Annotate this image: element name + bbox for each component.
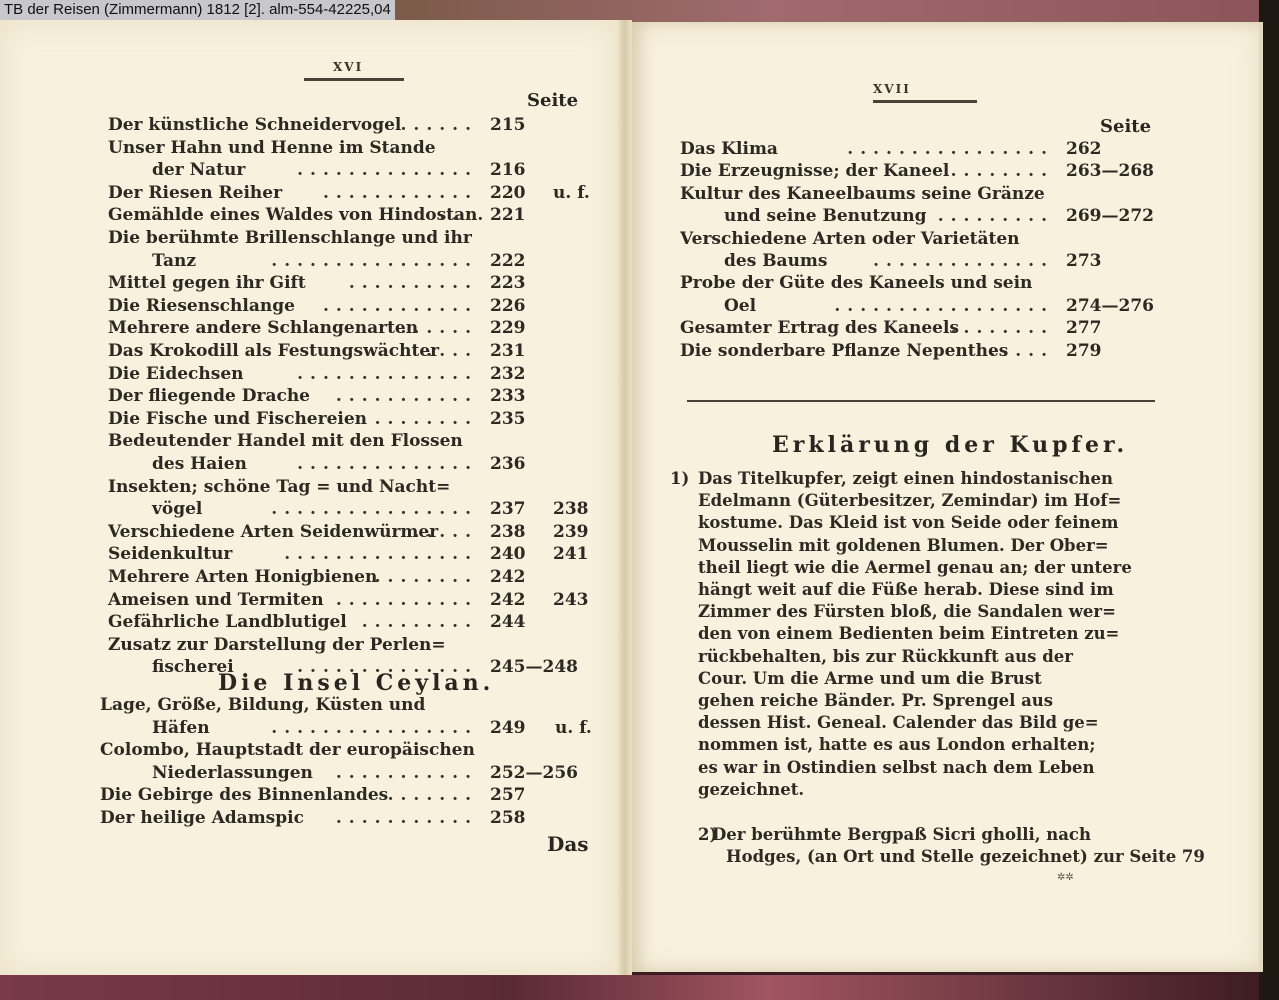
leader-dots: ....... xyxy=(388,784,478,806)
left-page: XVI Seite Der künstliche Schneidervogel.… xyxy=(0,20,618,975)
toc-entry-title: Kultur des Kaneelbaums seine Gränze xyxy=(680,183,1045,205)
leader-dots: ............ xyxy=(323,182,478,204)
toc-entry-page: 233 xyxy=(490,385,526,407)
toc-entry-title: Mehrere andere Schlangenarten xyxy=(108,317,418,339)
toc-entry-page: 258 xyxy=(490,807,526,829)
image-caption: TB der Reisen (Zimmermann) 1812 [2]. alm… xyxy=(0,0,395,20)
plate-number: 1) xyxy=(670,468,689,490)
leader-dots: ................ xyxy=(271,717,478,739)
toc-entry: Verschiedene Arten Seidenwürmer.....2382… xyxy=(108,521,608,543)
section-divider xyxy=(687,400,1155,402)
leader-dots: ..... xyxy=(989,340,1054,362)
plate-text-line: Das Titelkupfer, zeigt einen hindostanis… xyxy=(698,468,1123,490)
toc-entry-page-end: 243 xyxy=(553,589,589,611)
plate-text-line: Der berühmte Bergpaß Sicri gholli, nach xyxy=(712,824,1172,846)
toc-entry: Die Erzeugnisse; der Kaneel........263—2… xyxy=(680,160,1180,182)
page-number-left: XVI xyxy=(333,60,363,74)
toc-entry: Gefährliche Landblutigel.........244 xyxy=(108,611,608,633)
plate-text-line: nommen ist, hatte es aus London erhalten… xyxy=(698,734,1123,756)
toc-entry: Insekten; schöne Tag = und Nacht= xyxy=(108,476,608,498)
toc-entry-page: 216 xyxy=(490,159,526,181)
background-binding-bottom xyxy=(0,975,1279,1000)
toc-entry: Das Klima................262 xyxy=(680,138,1180,160)
toc-entry: Die Fische und Fischereien........235 xyxy=(108,408,608,430)
toc-entry-page: 262 xyxy=(1066,138,1102,160)
toc-entry-title: Der Riesen Reiher xyxy=(108,182,282,204)
toc-entry: Ameisen und Termiten...........242243 xyxy=(108,589,608,611)
plate-text-line: kostume. Das Kleid ist von Seide oder fe… xyxy=(698,512,1123,534)
leader-dots: .............. xyxy=(297,159,478,181)
toc-entry-title: Ameisen und Termiten xyxy=(108,589,324,611)
leader-dots: ...... xyxy=(400,114,478,136)
toc-entry: Das Krokodill als Festungswächter....231 xyxy=(108,340,608,362)
page-number-rule xyxy=(873,100,977,103)
toc-entry: Gesamter Ertrag des Kaneels........277 xyxy=(680,317,1180,339)
toc-entry: Probe der Güte des Kaneels und sein xyxy=(680,272,1180,294)
toc-entry-title: des Haien xyxy=(152,453,247,475)
toc-entry-title: Niederlassungen xyxy=(152,762,313,784)
toc-entry-page: 222 xyxy=(490,250,526,272)
toc-entry-title: vögel xyxy=(152,498,202,520)
leader-dots: ........ xyxy=(375,566,478,588)
toc-entry-title: Verschiedene Arten Seidenwürmer xyxy=(108,521,438,543)
toc-entry: Oel.................274—276 xyxy=(680,295,1180,317)
toc-entry-title: Der fliegende Drache xyxy=(108,385,310,407)
toc-entry-page: 269—272 xyxy=(1066,205,1154,227)
page-number-rule xyxy=(304,78,404,81)
toc-entry: Tanz................222 xyxy=(108,250,608,272)
leader-dots: ..... xyxy=(413,521,478,543)
seite-label: Seite xyxy=(1100,116,1151,137)
toc-entry-title: des Baums xyxy=(724,250,828,272)
plate-text-line: es war in Ostindien selbst nach dem Lebe… xyxy=(698,757,1123,779)
toc-entry-page: 249 xyxy=(490,717,526,739)
toc-entry-title: Der heilige Adamspic xyxy=(100,807,304,829)
leader-dots: ........... xyxy=(336,589,478,611)
toc-entry: des Haien..............236 xyxy=(108,453,608,475)
toc-entry-title: Häfen xyxy=(152,717,210,739)
leader-dots: .............. xyxy=(297,453,478,475)
toc-entry-title: Die Riesenschlange xyxy=(108,295,295,317)
toc-entry-title: Oel xyxy=(724,295,756,317)
toc-entry: Der Riesen Reiher............220u. f. xyxy=(108,182,608,204)
plates-heading: Erklärung der Kupfer. xyxy=(772,432,1128,458)
leader-dots: ......... xyxy=(362,611,478,633)
toc-entry-page: 236 xyxy=(490,453,526,475)
toc-entry-title: Tanz xyxy=(152,250,196,272)
toc-entry: Der fliegende Drache...........233 xyxy=(108,385,608,407)
toc-entry-page: 244 xyxy=(490,611,526,633)
toc-entry: Zusatz zur Darstellung der Perlen= xyxy=(108,634,608,656)
toc-entry: Die sonderbare Pflanze Nepenthes.....279 xyxy=(680,340,1180,362)
toc-entry-title: Zusatz zur Darstellung der Perlen= xyxy=(108,634,446,656)
toc-entry-page: 242 xyxy=(490,589,526,611)
toc-entry-title: Bedeutender Handel mit den Flossen xyxy=(108,430,463,452)
toc-entry-page: 232 xyxy=(490,363,526,385)
plate-text-line: Zimmer des Fürsten bloß, die Sandalen we… xyxy=(698,601,1123,623)
toc-entry: Die Riesenschlange............226 xyxy=(108,295,608,317)
leader-dots: ... xyxy=(439,204,478,226)
toc-entry-page: 279 xyxy=(1066,340,1102,362)
toc-entry-page: 231 xyxy=(490,340,526,362)
toc-entry-page-end: u. f. xyxy=(555,717,592,739)
plate-text-line: gezeichnet. xyxy=(698,779,1123,801)
toc-entry-page: 215 xyxy=(490,114,526,136)
toc-entry-page: 252—256 xyxy=(490,762,578,784)
section-heading-ceylon: Die Insel Ceylan. xyxy=(218,670,494,696)
leader-dots: .... xyxy=(426,340,478,362)
toc-entry-title: Insekten; schöne Tag = und Nacht= xyxy=(108,476,450,498)
leader-dots: ......... xyxy=(938,205,1054,227)
toc-entry-page: 221 xyxy=(490,204,526,226)
toc-entry: Gemählde eines Waldes von Hindostan....2… xyxy=(108,204,608,226)
toc-entry: Niederlassungen...........252—256 xyxy=(100,762,600,784)
toc-entry-title: Mittel gegen ihr Gift xyxy=(108,272,306,294)
seite-label: Seite xyxy=(527,90,578,111)
toc-entry: Der heilige Adamspic...........258 xyxy=(100,807,600,829)
toc-entry-title: Der künstliche Schneidervogel xyxy=(108,114,401,136)
plate-text-line: Mousselin mit goldenen Blumen. Der Ober= xyxy=(698,535,1123,557)
toc-entry-title: Die berühmte Brillenschlange und ihr xyxy=(108,227,472,249)
leader-dots: .............. xyxy=(873,250,1054,272)
plate-text-line: rückbehalten, bis zur Rückkunft aus der xyxy=(698,646,1123,668)
toc-entry: Seidenkultur...............240241 xyxy=(108,543,608,565)
toc-entry-title: Das Klima xyxy=(680,138,778,160)
plate-number: 2) xyxy=(698,824,717,846)
toc-entry-title: Gemählde eines Waldes von Hindostan. xyxy=(108,204,483,226)
toc-entry: Bedeutender Handel mit den Flossen xyxy=(108,430,608,452)
toc-entry-page-end: 238 xyxy=(553,498,589,520)
toc-entry-page: 235 xyxy=(490,408,526,430)
plate-text-line: den von einem Bedienten beim Eintreten z… xyxy=(698,623,1123,645)
toc-entry: Mehrere Arten Honigbienen........242 xyxy=(108,566,608,588)
leader-dots: .......... xyxy=(349,272,478,294)
toc-entry: Mehrere andere Schlangenarten......229 xyxy=(108,317,608,339)
toc-entry-page: 274—276 xyxy=(1066,295,1154,317)
toc-entry-title: Die Eidechsen xyxy=(108,363,244,385)
leader-dots: ...... xyxy=(400,317,478,339)
toc-entry-title: Unser Hahn und Henne im Stande xyxy=(108,137,436,159)
plate-text-line: Edelmann (Güterbesitzer, Zemindar) im Ho… xyxy=(698,490,1123,512)
book-gutter xyxy=(617,20,632,975)
plate-description-2: 2)Der berühmte Bergpaß Sicri gholli, nac… xyxy=(712,824,1172,868)
toc-entry-title: Das Krokodill als Festungswächter xyxy=(108,340,439,362)
toc-entry-title: Mehrere Arten Honigbienen xyxy=(108,566,377,588)
toc-entry-title: Probe der Güte des Kaneels und sein xyxy=(680,272,1032,294)
leader-dots: ............... xyxy=(284,543,478,565)
page-number-right: XVII xyxy=(873,82,911,96)
plate-text-line: gehen reiche Bänder. Pr. Sprengel aus xyxy=(698,690,1123,712)
toc-entry: Der künstliche Schneidervogel......215 xyxy=(108,114,608,136)
plate-text-line: theil liegt wie die Aermel genau an; der… xyxy=(698,557,1123,579)
toc-entry: und seine Benutzung.........269—272 xyxy=(680,205,1180,227)
leader-dots: ................. xyxy=(834,295,1054,317)
toc-entry: Häfen................249u. f. xyxy=(100,717,600,739)
toc-entry-page: 240 xyxy=(490,543,526,565)
toc-entry: Die Gebirge des Binnenlandes.......257 xyxy=(100,784,600,806)
leader-dots: ................ xyxy=(847,138,1054,160)
toc-entry: Mittel gegen ihr Gift..........223 xyxy=(108,272,608,294)
toc-entry-title: Gefährliche Landblutigel xyxy=(108,611,347,633)
plate-text-line: dessen Hist. Geneal. Calender das Bild g… xyxy=(698,712,1123,734)
leader-dots: ................ xyxy=(271,498,478,520)
toc-entry: der Natur..............216 xyxy=(108,159,608,181)
leader-dots: ............ xyxy=(323,295,478,317)
toc-entry-title: Die sonderbare Pflanze Nepenthes xyxy=(680,340,1008,362)
toc-entry-title: Verschiedene Arten oder Varietäten xyxy=(680,228,1020,250)
toc-entry-page: 263—268 xyxy=(1066,160,1154,182)
leader-dots: ........ xyxy=(375,408,478,430)
toc-entry-title: Die Fische und Fischereien xyxy=(108,408,367,430)
toc-entry: Colombo, Hauptstadt der europäischen xyxy=(100,739,600,761)
leader-dots: ........... xyxy=(336,807,478,829)
plate-text-line: Cour. Um die Arme und um die Brust xyxy=(698,668,1123,690)
toc-entry: Verschiedene Arten oder Varietäten xyxy=(680,228,1180,250)
toc-entry-page: 226 xyxy=(490,295,526,317)
toc-entry-page: 273 xyxy=(1066,250,1102,272)
toc-entry-page-end: 239 xyxy=(553,521,589,543)
plate-text-line: Hodges, (an Ort und Stelle gezeichnet) z… xyxy=(712,846,1172,868)
toc-entry: Die Eidechsen..............232 xyxy=(108,363,608,385)
toc-entry: Unser Hahn und Henne im Stande xyxy=(108,137,608,159)
toc-entry: vögel................237238 xyxy=(108,498,608,520)
toc-entry-page: 229 xyxy=(490,317,526,339)
toc-entry-title: und seine Benutzung xyxy=(724,205,926,227)
toc-entry-page: 277 xyxy=(1066,317,1102,339)
catchword: Das xyxy=(547,832,589,856)
ornament: ✲✲ xyxy=(1057,872,1074,883)
toc-entry-page-end: 241 xyxy=(553,543,589,565)
leader-dots: ........... xyxy=(336,385,478,407)
leader-dots: ........... xyxy=(336,762,478,784)
toc-entry-title: Colombo, Hauptstadt der europäischen xyxy=(100,739,475,761)
toc-entry-title: Die Gebirge des Binnenlandes xyxy=(100,784,388,806)
toc-entry-page: 242 xyxy=(490,566,526,588)
leader-dots: ........ xyxy=(951,160,1054,182)
toc-entry-page: 223 xyxy=(490,272,526,294)
toc-entry-page: 237 xyxy=(490,498,526,520)
toc-entry-page: 257 xyxy=(490,784,526,806)
plate-description-1: 1)Das Titelkupfer, zeigt einen hindostan… xyxy=(698,468,1123,801)
right-page: XVII Seite Das Klima................262D… xyxy=(632,22,1263,972)
leader-dots: .............. xyxy=(297,363,478,385)
leader-dots: ................ xyxy=(271,250,478,272)
toc-entry-title: der Natur xyxy=(152,159,245,181)
toc-entry-title: Seidenkultur xyxy=(108,543,232,565)
toc-entry-title: Lage, Größe, Bildung, Küsten und xyxy=(100,694,425,716)
toc-entry-page: 245—248 xyxy=(490,656,578,678)
leader-dots: ........ xyxy=(951,317,1054,339)
toc-entry-page-end: u. f. xyxy=(553,182,590,204)
toc-entry-page: 220 xyxy=(490,182,526,204)
toc-entry: Die berühmte Brillenschlange und ihr xyxy=(108,227,608,249)
toc-entry-page: 238 xyxy=(490,521,526,543)
toc-entry: Kultur des Kaneelbaums seine Gränze xyxy=(680,183,1180,205)
toc-entry-title: Gesamter Ertrag des Kaneels xyxy=(680,317,959,339)
toc-entry-title: Die Erzeugnisse; der Kaneel xyxy=(680,160,949,182)
toc-entry: Lage, Größe, Bildung, Küsten und xyxy=(100,694,600,716)
plate-text-line: hängt weit auf die Füße herab. Diese sin… xyxy=(698,579,1123,601)
toc-entry: des Baums..............273 xyxy=(680,250,1180,272)
